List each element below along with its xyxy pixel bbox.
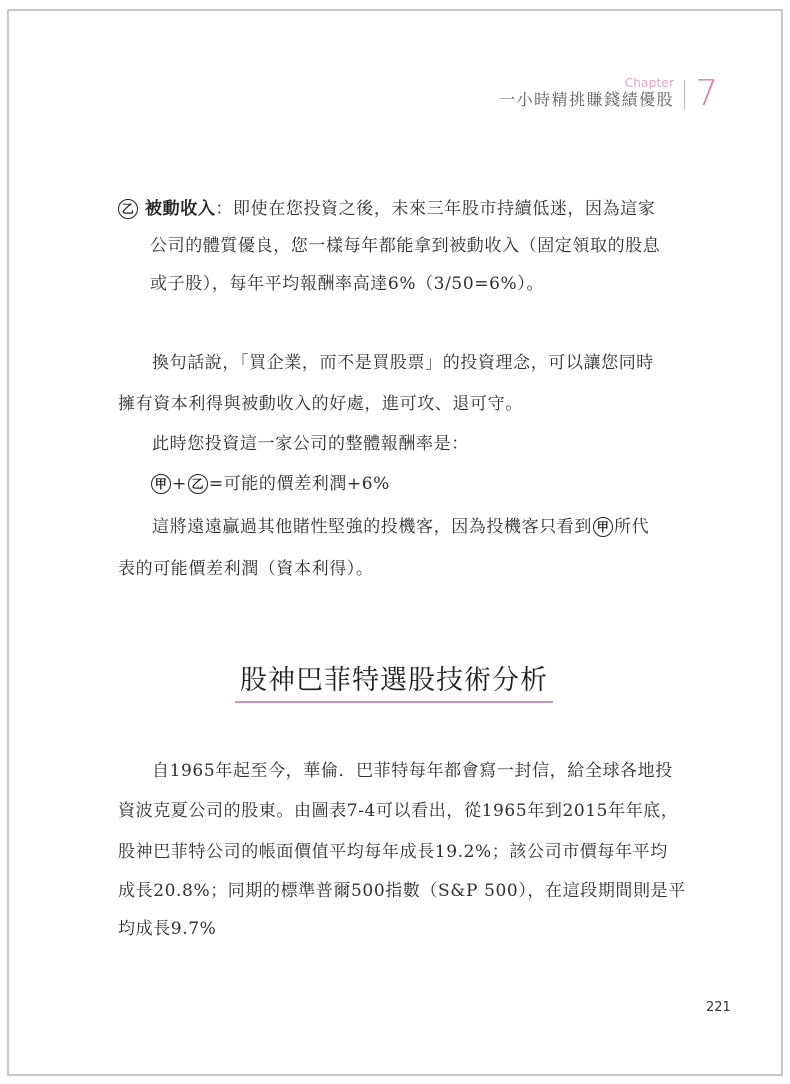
circled-yi-icon: 乙 xyxy=(118,199,138,219)
buffett-line-1: 自1965年起至今，華倫．巴菲特每年都會寫一封信，給全球各地投 xyxy=(152,760,673,782)
circled-yi-icon: 乙 xyxy=(188,474,208,494)
item-yi-line-1: 乙 被動收入：即使在您投資之後，未來三年股市持續低迷，因為這家 xyxy=(117,198,655,220)
item-yi-term: 被動收入 xyxy=(145,199,215,219)
section-heading-underline xyxy=(235,701,553,703)
summary-line-1: 換句話說，「買企業，而不是買股票」的投資理念，可以讓您同時 xyxy=(152,352,654,374)
total-return-line: 此時您投資這一家公司的整體報酬率是： xyxy=(152,433,469,455)
item-yi-line-3: 或子股），每年平均報酬率高達6%（3/50=6%）。 xyxy=(150,273,544,295)
circled-jia-icon: 甲 xyxy=(151,474,171,494)
item-yi-line-2: 公司的體質優良，您一樣每年都能拿到被動收入（固定領取的股息 xyxy=(150,235,660,257)
formula-plus: + xyxy=(172,474,187,494)
buffett-line-2: 資波克夏公司的股東。由圖表7-4可以看出，從1965年到2015年年底， xyxy=(118,800,679,822)
chapter-separator xyxy=(684,80,685,110)
chapter-number: 7 xyxy=(695,76,718,112)
chapter-header: Chapter 一小時精挑賺錢績優股 7 xyxy=(499,74,718,112)
formula-line: 甲+乙=可能的價差利潤+6% xyxy=(150,473,390,495)
buffett-line-5: 均成長9.7% xyxy=(118,918,216,940)
summary-line-2: 擁有資本利得與被動收入的好處，進可攻、退可守。 xyxy=(118,393,523,415)
buffett-line-4: 成長20.8%；同期的標準普爾500指數（S&P 500），在這段期間則是平 xyxy=(118,880,686,902)
formula-rest: =可能的價差利潤+6% xyxy=(209,474,390,494)
chapter-text-block: Chapter 一小時精挑賺錢績優股 xyxy=(499,76,674,110)
speculator-text-after: 所代 xyxy=(614,517,649,537)
buffett-line-3: 股神巴菲特公司的帳面價值平均每年成長19.2%；該公司市價每年平均 xyxy=(118,841,668,863)
item-yi-colon: ： xyxy=(215,199,233,219)
chapter-title: 一小時精挑賺錢績優股 xyxy=(499,90,674,110)
item-yi-text: 即使在您投資之後，未來三年股市持續低迷，因為這家 xyxy=(233,199,655,219)
chapter-label: Chapter xyxy=(625,76,674,90)
speculator-text-before: 這將遠遠贏過其他賭性堅強的投機客，因為投機客只看到 xyxy=(152,517,592,537)
page-number: 221 xyxy=(706,1000,731,1015)
speculator-line-2: 表的可能價差利潤（資本利得）。 xyxy=(118,558,374,580)
speculator-line-1: 這將遠遠贏過其他賭性堅強的投機客，因為投機客只看到甲所代 xyxy=(152,516,649,538)
section-heading: 股神巴菲特選股技術分析 xyxy=(235,664,553,698)
circled-jia-icon: 甲 xyxy=(593,517,613,537)
page-frame xyxy=(7,9,783,1076)
